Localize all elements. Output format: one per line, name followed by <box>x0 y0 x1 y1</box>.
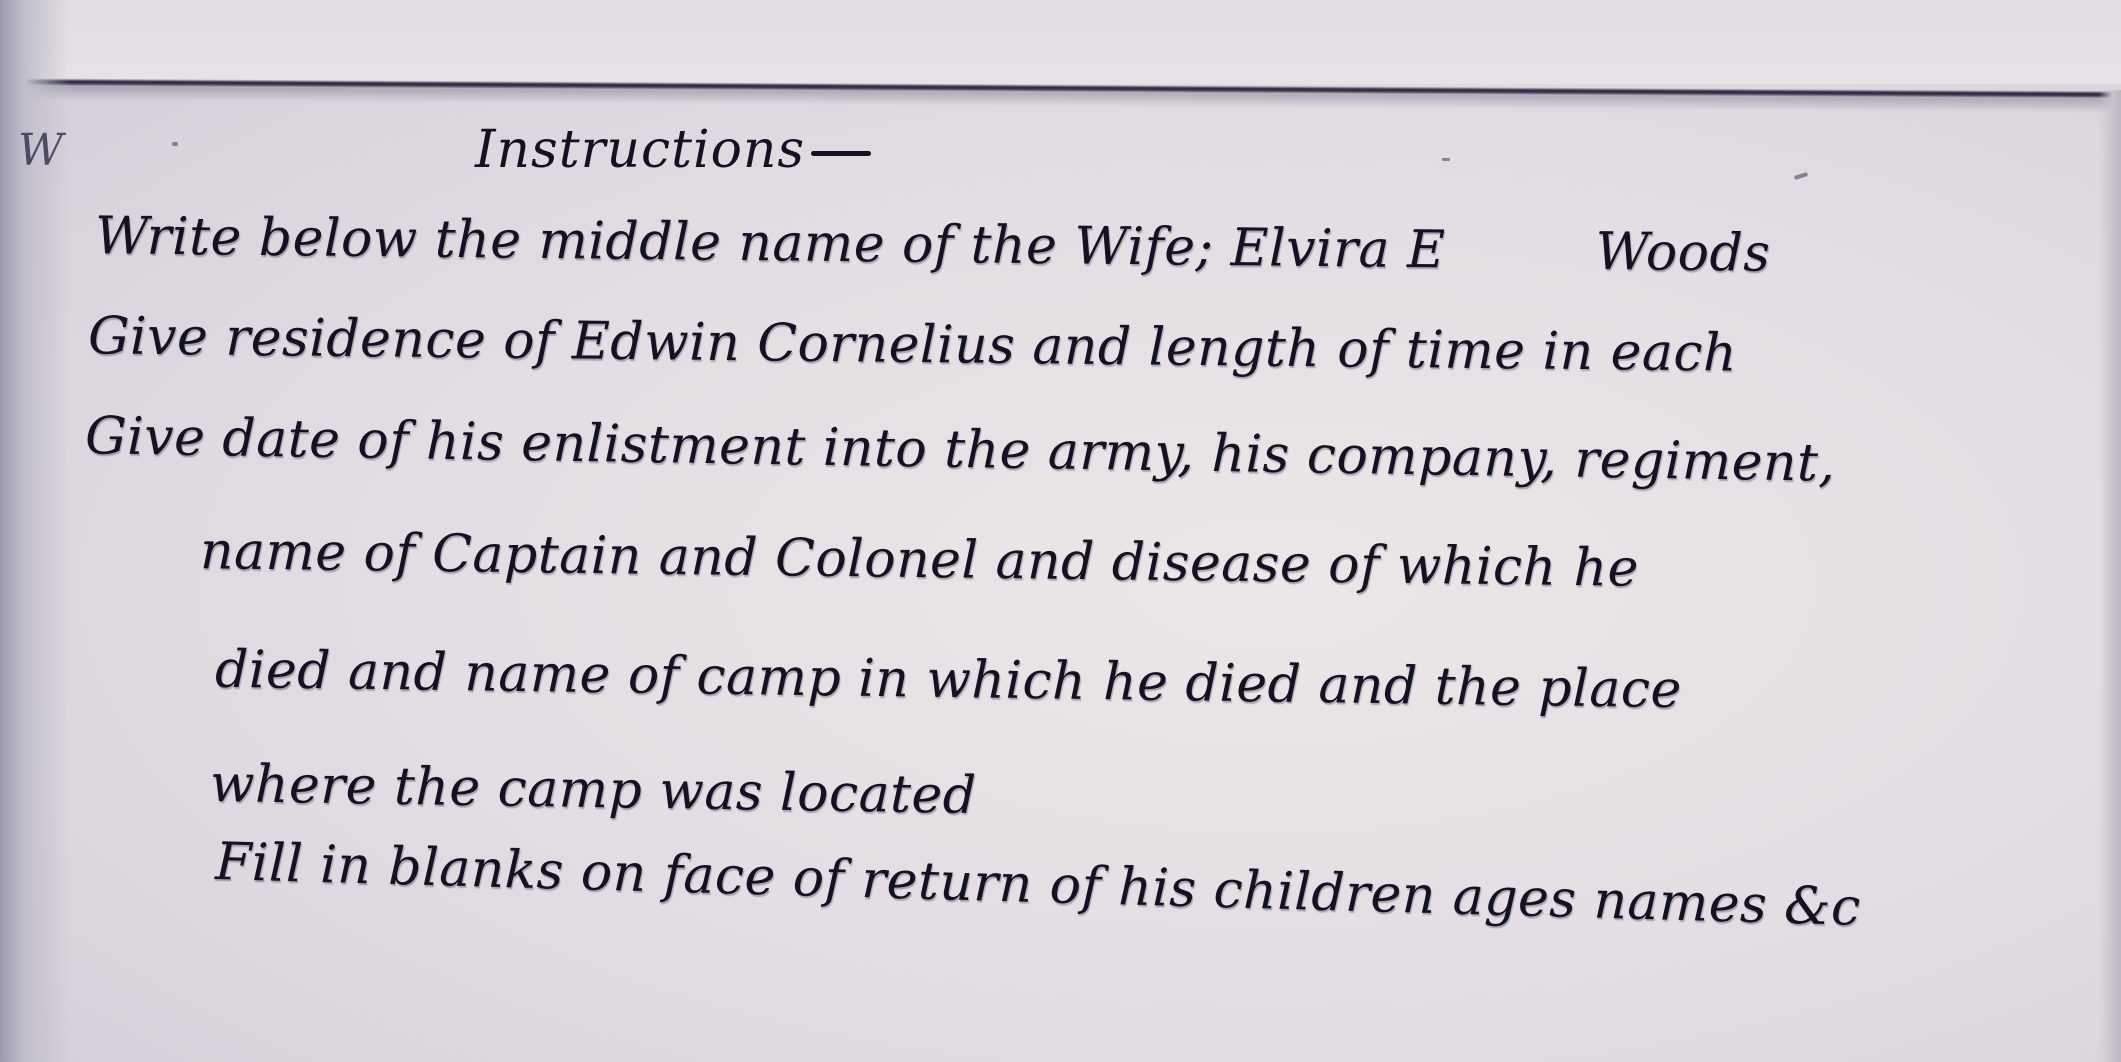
instruction-line-1-text: Write below the middle name of the Wife;… <box>95 206 1446 280</box>
wife-surname: Woods <box>1595 222 1771 284</box>
instruction-line-2: Give residence of Edwin Cornelius and le… <box>88 306 1738 383</box>
document-heading: Instructions <box>475 120 871 180</box>
heading-text: Instructions <box>475 120 805 180</box>
right-page-edge <box>2099 90 2121 1062</box>
instruction-line-1: Write below the middle name of the Wife;… <box>95 206 1771 284</box>
ink-speck <box>172 142 178 146</box>
ink-speck <box>1794 172 1809 180</box>
margin-mark: W <box>18 125 63 176</box>
instruction-line-5: died and name of camp in which he died a… <box>215 640 1682 720</box>
upper-sheet-edge-area <box>0 0 2121 84</box>
document-photo: W Instructions Write below the middle na… <box>0 0 2121 1062</box>
instruction-line-6: where the camp was located <box>210 754 977 826</box>
heading-dash <box>811 151 871 156</box>
instruction-line-4: name of Captain and Colonel and disease … <box>200 521 1640 599</box>
instruction-line-7: Fill in blanks on face of return of his … <box>214 832 1861 938</box>
ink-speck <box>1442 158 1450 161</box>
instruction-line-3: Give date of his enlistment into the arm… <box>85 406 1836 493</box>
